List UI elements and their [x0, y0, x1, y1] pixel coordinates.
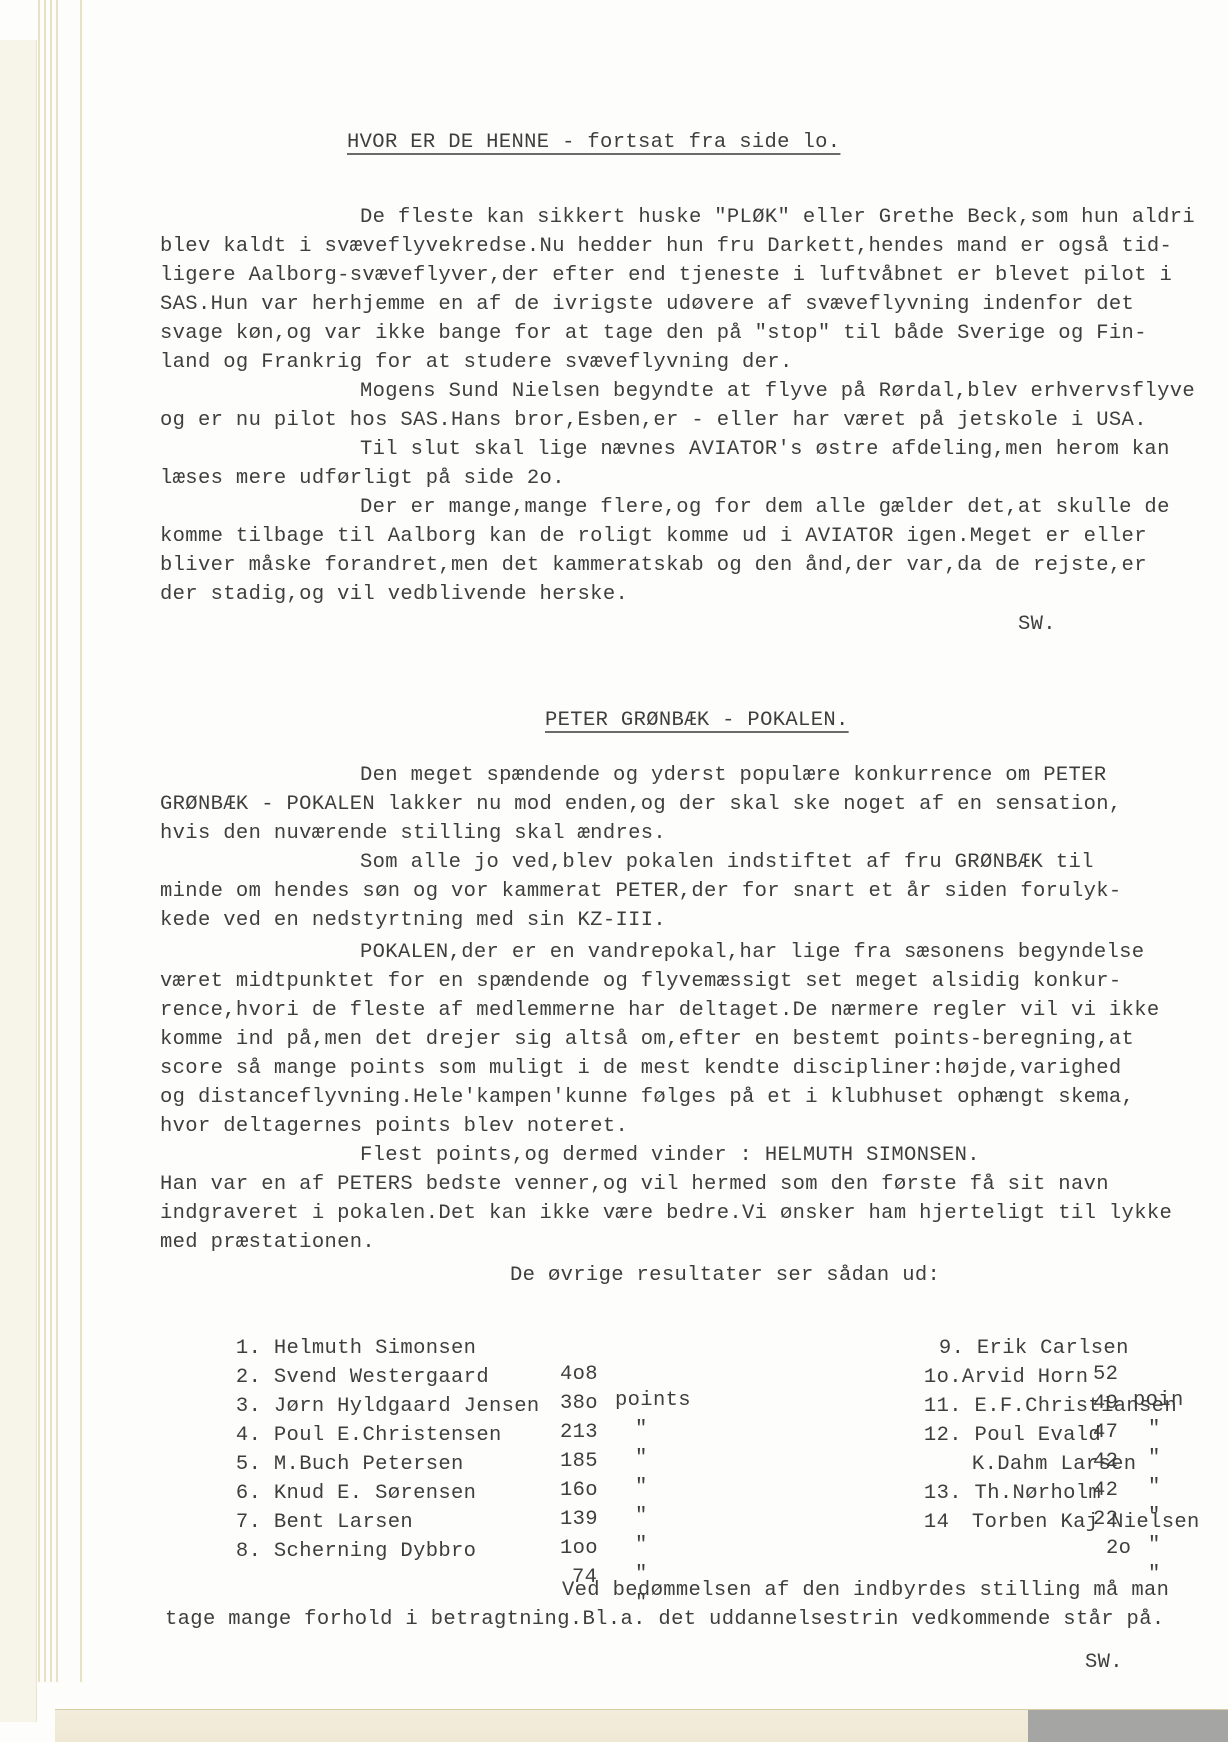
paragraph-line: bliver måske forandret,men det kammerats…	[160, 553, 1147, 579]
paragraph-line: Der er mange,mange flere,og for dem alle…	[360, 495, 1170, 521]
paragraph-line: tage mange forhold i betragtning.Bl.a. d…	[165, 1607, 1165, 1633]
result-rank: 8.	[236, 1539, 261, 1565]
paragraph-line: POKALEN,der er en vandrepokal,har lige f…	[360, 940, 1144, 966]
result-points: 4o8	[560, 1362, 598, 1388]
paper-stack-line	[38, 0, 40, 1682]
result-points: 1oo	[560, 1536, 598, 1562]
paragraph-line: komme tilbage til Aalborg kan de roligt …	[160, 524, 1147, 550]
result-points: 213	[560, 1420, 598, 1446]
result-unit: "	[635, 1533, 648, 1559]
signature: SW.	[1085, 1650, 1123, 1676]
paragraph-line: komme ind på,men det drejer sig altså om…	[160, 1027, 1134, 1053]
paragraph-line: De fleste kan sikkert huske "PLØK" eller…	[360, 205, 1195, 231]
paragraph-line: hvis den nuværende stilling skal ændres.	[160, 821, 666, 847]
result-unit: "	[635, 1504, 648, 1530]
section-heading: HVOR ER DE HENNE - fortsat fra side lo.	[347, 130, 840, 156]
paragraph-line: Som alle jo ved,blev pokalen indstiftet …	[360, 850, 1094, 876]
paragraph-line: hvor deltagernes points blev noteret.	[160, 1114, 628, 1140]
result-rank: 14	[924, 1510, 972, 1536]
result-points: 38o	[560, 1391, 598, 1417]
result-points: 2o	[1106, 1536, 1131, 1562]
result-name: Scherning Dybbro	[274, 1539, 476, 1565]
paper-stack-line	[50, 0, 52, 1682]
result-points: 185	[560, 1449, 598, 1475]
signature: SW.	[1018, 612, 1056, 638]
paragraph-line: rence,hvori de fleste af medlemmerne har…	[160, 998, 1160, 1024]
paragraph-line: været midtpunktet for en spændende og fl…	[160, 969, 1122, 995]
result-unit: "	[635, 1446, 648, 1472]
paragraph-line: Ved bedømmelsen af den indbyrdes stillin…	[562, 1578, 1169, 1604]
result-unit: "	[1148, 1446, 1161, 1472]
paragraph-line: indgraveret i pokalen.Det kan ikke være …	[160, 1201, 1172, 1227]
paragraph-line: De øvrige resultater ser sådan ud:	[510, 1263, 940, 1289]
result-unit: points	[615, 1388, 691, 1414]
background-surface	[1028, 1710, 1228, 1742]
result-name: Torben Kaj Nielsen	[972, 1510, 1200, 1536]
paragraph-line: der stadig,og vil vedblivende herske.	[160, 582, 628, 608]
paragraph-line: score så mange points som muligt i de me…	[160, 1056, 1122, 1082]
paragraph-line: Den meget spændende og yderst populære k…	[360, 763, 1106, 789]
paragraph-line: Til slut skal lige nævnes AVIATOR's østr…	[360, 437, 1170, 463]
paragraph-line: GRØNBÆK - POKALEN lakker nu mod enden,og…	[160, 792, 1122, 818]
paragraph-line: Han var en af PETERS bedste venner,og vi…	[160, 1172, 1109, 1198]
section-heading: PETER GRØNBÆK - POKALEN.	[545, 708, 849, 734]
paragraph-line: ligere Aalborg-svæveflyver,der efter end…	[160, 263, 1172, 289]
paper-stack-edge	[0, 40, 37, 1722]
paragraph-line: og er nu pilot hos SAS.Hans bror,Esben,e…	[160, 408, 1147, 434]
paragraph-line: SAS.Hun var herhjemme en af de ivrigste …	[160, 292, 1134, 318]
paragraph-line: kede ved en nedstyrtning med sin KZ-III.	[160, 908, 666, 934]
result-unit: "	[635, 1417, 648, 1443]
typewritten-page: HVOR ER DE HENNE - fortsat fra side lo. …	[55, 0, 1228, 1710]
paragraph-line: læses mere udførligt på side 2o.	[160, 466, 565, 492]
paragraph-line: land og Frankrig for at studere svævefly…	[160, 350, 793, 376]
result-points: 139	[560, 1507, 598, 1533]
result-points: 16o	[560, 1478, 598, 1504]
result-unit: "	[635, 1475, 648, 1501]
paragraph-line: minde om hendes søn og vor kammerat PETE…	[160, 879, 1122, 905]
paragraph-line: med præstationen.	[160, 1230, 375, 1256]
paragraph-line: Flest points,og dermed vinder : HELMUTH …	[360, 1143, 980, 1169]
paragraph-line: blev kaldt i svæveflyvekredse.Nu hedder …	[160, 234, 1172, 260]
paragraph-line: svage køn,og var ikke bange for at tage …	[160, 321, 1147, 347]
paragraph-line: Mogens Sund Nielsen begyndte at flyve på…	[360, 379, 1195, 405]
paper-stack-line	[44, 0, 46, 1682]
paragraph-line: og distanceflyvning.Hele'kampen'kunne fø…	[160, 1085, 1134, 1111]
